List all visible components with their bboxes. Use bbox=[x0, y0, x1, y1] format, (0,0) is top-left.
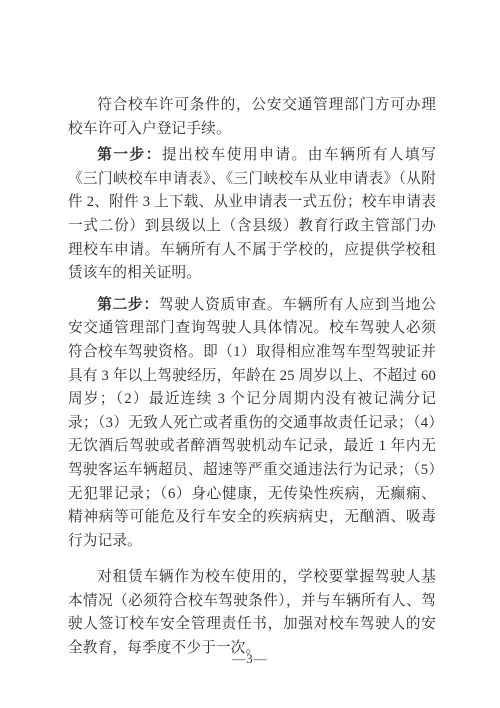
page-number: —3— bbox=[0, 651, 500, 667]
step-label: 第一步： bbox=[97, 147, 162, 163]
step-label: 第二步： bbox=[97, 297, 159, 313]
paragraph-step-1: 第一步：提出校车使用申请。由车辆所有人填写《三门峡校车申请表》、《三门峡校车从业… bbox=[68, 144, 436, 286]
paragraph-rental: 对租赁车辆作为校车使用的，学校要掌握驾驶人基本情况（必须符合校车驾驶条件），并与… bbox=[68, 566, 436, 660]
paragraph-intro: 符合校车许可条件的，公安交通管理部门方可办理校车许可入户登记手续。 bbox=[68, 94, 436, 141]
paragraph-step-2: 第二步：驾驶人资质审查。车辆所有人应到当地公安交通管理部门查询驾驶人具体情况。校… bbox=[68, 294, 436, 554]
paragraph-text: 驾驶人资质审查。车辆所有人应到当地公安交通管理部门查询驾驶人具体情况。校车驾驶人… bbox=[68, 297, 436, 549]
paragraph-text: 提出校车使用申请。由车辆所有人填写《三门峡校车申请表》、《三门峡校车从业申请表》… bbox=[68, 147, 436, 281]
document-page: 符合校车许可条件的，公安交通管理部门方可办理校车许可入户登记手续。 第一步：提出… bbox=[0, 0, 500, 708]
paragraph-text: 符合校车许可条件的，公安交通管理部门方可办理校车许可入户登记手续。 bbox=[68, 97, 436, 137]
document-body: 符合校车许可条件的，公安交通管理部门方可办理校车许可入户登记手续。 第一步：提出… bbox=[68, 94, 436, 664]
paragraph-text: 对租赁车辆作为校车使用的，学校要掌握驾驶人基本情况（必须符合校车驾驶条件），并与… bbox=[68, 569, 436, 656]
